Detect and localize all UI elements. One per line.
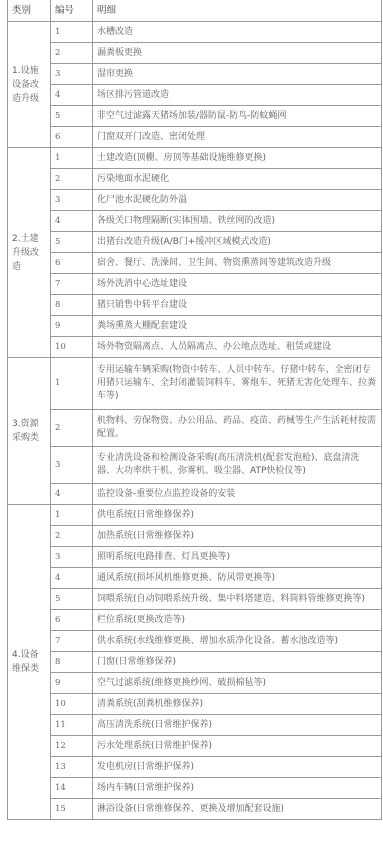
item-detail: 加热系统(日常维修保养) [93, 526, 382, 547]
item-detail: 照明系统(电路排查、灯具更换等) [93, 547, 382, 568]
item-detail: 高压清洗系统(日常维护保养) [93, 715, 382, 736]
item-detail: 专用运输车辆采购(物资中转车、人员中转车、仔猪中转车、全密闭专用猪只运输车、全封… [93, 358, 382, 410]
item-number: 3 [51, 64, 93, 85]
item-detail: 专业清洗设备和检测设备采购(高压清洗机(配套发泡枪)、底盘清洗器、大功率烘干机、… [93, 447, 382, 484]
item-number: 2 [51, 410, 93, 447]
item-number: 5 [51, 106, 93, 127]
item-detail: 各级关口物理隔断(实体围墙、铁丝网的改造) [93, 211, 382, 232]
item-number: 4 [51, 484, 93, 505]
table-row: 5 饲喂系统(自动饲喂系统升级、集中料塔建造、料筒料管维修更换等) [8, 589, 382, 610]
item-number: 8 [51, 652, 93, 673]
item-number: 3 [51, 447, 93, 484]
item-detail: 猪只销售中转平台建设 [93, 295, 382, 316]
item-detail: 供水系统(水线维修更换、增加水质净化设备、蓄水池改造等) [93, 631, 382, 652]
table-row: 3 照明系统(电路排查、灯具更换等) [8, 547, 382, 568]
table-row: 9 粪场熏蒸大棚配套建设 [8, 316, 382, 337]
item-detail: 门窗(日常维修保养) [93, 652, 382, 673]
table-row: 4 场区排污管道改造 [8, 85, 382, 106]
item-detail: 非空气过滤露天猪场加装/器防鼠-防鸟-防蚊蝇网 [93, 106, 382, 127]
item-number: 1 [51, 148, 93, 169]
table-row: 6 栏位系统(更换改造等) [8, 610, 382, 631]
table-row: 11 高压清洗系统(日常维护保养) [8, 715, 382, 736]
item-number: 4 [51, 211, 93, 232]
item-number: 14 [51, 778, 93, 799]
table-row: 7 供水系统(水线维修更换、增加水质净化设备、蓄水池改造等) [8, 631, 382, 652]
item-detail: 供电系统(日常维修保养) [93, 505, 382, 526]
item-number: 6 [51, 127, 93, 148]
item-number: 7 [51, 631, 93, 652]
category-cell: 3.资源采购类 [8, 358, 51, 505]
biosecurity-items-table: 类别 编号 明细 1.设施设备改造升级 1 水槽改造 2 漏粪板更换 3 湿帘更… [7, 0, 382, 820]
table-row: 8 猪只销售中转平台建设 [8, 295, 382, 316]
item-number: 2 [51, 526, 93, 547]
item-number: 3 [51, 190, 93, 211]
table-row: 6 宿舍、餐厅、洗澡间、卫生间、物资熏蒸间等建筑改造升级 [8, 253, 382, 274]
table-row: 3 专业清洗设备和检测设备采购(高压清洗机(配套发泡枪)、底盘清洗器、大功率烘干… [8, 447, 382, 484]
table-row: 7 场外洗消中心选址建设 [8, 274, 382, 295]
item-detail: 栏位系统(更换改造等) [93, 610, 382, 631]
item-number: 4 [51, 568, 93, 589]
header-detail: 明细 [93, 0, 382, 22]
item-detail: 湿帘更换 [93, 64, 382, 85]
item-number: 7 [51, 274, 93, 295]
item-detail: 污染地面水泥硬化 [93, 169, 382, 190]
item-detail: 发电机房(日常维护保养) [93, 757, 382, 778]
table-row: 15 淋浴设备(日常维修保养、更换及增加配套设施) [8, 799, 382, 820]
item-number: 3 [51, 547, 93, 568]
table-row: 2 机物料、劳保物资、办公用品、药品、疫苗、药械等生产生活耗材按需配置。 [8, 410, 382, 447]
table-row: 1.设施设备改造升级 1 水槽改造 [8, 22, 382, 43]
table-row: 6 门窗双开门改造、密闭处理 [8, 127, 382, 148]
item-number: 5 [51, 589, 93, 610]
item-number: 9 [51, 673, 93, 694]
table-row: 5 出猪台改造升级(A/B门+缓冲区域模式改造) [8, 232, 382, 253]
item-detail: 通风系统(损坏风机维修更换、防风带更换等) [93, 568, 382, 589]
category-cell: 2.土建升级改造 [8, 148, 51, 358]
item-detail: 空气过滤系统(维修更换纱网、破损棉毡等) [93, 673, 382, 694]
item-detail: 场内车辆(日常维护保养) [93, 778, 382, 799]
item-number: 15 [51, 799, 93, 820]
item-number: 11 [51, 715, 93, 736]
table-row: 2 污染地面水泥硬化 [8, 169, 382, 190]
item-detail: 水槽改造 [93, 22, 382, 43]
item-number: 9 [51, 316, 93, 337]
table-row: 4 监控设备-重要位点监控设备的安装 [8, 484, 382, 505]
table-row: 10 场外物资隔离点、人员隔离点、办公地点选址、租赁或建设 [8, 337, 382, 358]
table-row: 2 加热系统(日常维修保养) [8, 526, 382, 547]
table-row: 4 通风系统(损坏风机维修更换、防风带更换等) [8, 568, 382, 589]
item-number: 1 [51, 358, 93, 410]
item-number: 12 [51, 736, 93, 757]
item-number: 13 [51, 757, 93, 778]
header-number: 编号 [51, 0, 93, 22]
item-detail: 淋浴设备(日常维修保养、更换及增加配套设施) [93, 799, 382, 820]
table-row: 5 非空气过滤露天猪场加装/器防鼠-防鸟-防蚊蝇网 [8, 106, 382, 127]
table-row: 3 湿帘更换 [8, 64, 382, 85]
table-row: 3 化尸池水泥硬化防外溢 [8, 190, 382, 211]
item-detail: 场外洗消中心选址建设 [93, 274, 382, 295]
category-cell: 1.设施设备改造升级 [8, 22, 51, 148]
item-number: 6 [51, 610, 93, 631]
item-detail: 粪场熏蒸大棚配套建设 [93, 316, 382, 337]
table-row: 9 空气过滤系统(维修更换纱网、破损棉毡等) [8, 673, 382, 694]
item-detail: 出猪台改造升级(A/B门+缓冲区域模式改造) [93, 232, 382, 253]
item-detail: 门窗双开门改造、密闭处理 [93, 127, 382, 148]
item-detail: 饲喂系统(自动饲喂系统升级、集中料塔建造、料筒料管维修更换等) [93, 589, 382, 610]
header-row: 类别 编号 明细 [8, 0, 382, 22]
item-number: 1 [51, 505, 93, 526]
table-row: 4 各级关口物理隔断(实体围墙、铁丝网的改造) [8, 211, 382, 232]
item-detail: 清粪系统(刮粪机维修保养) [93, 694, 382, 715]
table-row: 10 清粪系统(刮粪机维修保养) [8, 694, 382, 715]
item-detail: 污水处理系统(日常维护保养) [93, 736, 382, 757]
table-row: 4.设备维保类 1 供电系统(日常维修保养) [8, 505, 382, 526]
item-number: 4 [51, 85, 93, 106]
table-row: 13 发电机房(日常维护保养) [8, 757, 382, 778]
item-number: 10 [51, 337, 93, 358]
header-category: 类别 [8, 0, 51, 22]
table-row: 2 漏粪板更换 [8, 43, 382, 64]
item-detail: 机物料、劳保物资、办公用品、药品、疫苗、药械等生产生活耗材按需配置。 [93, 410, 382, 447]
item-detail: 场区排污管道改造 [93, 85, 382, 106]
item-detail: 宿舍、餐厅、洗澡间、卫生间、物资熏蒸间等建筑改造升级 [93, 253, 382, 274]
item-number: 10 [51, 694, 93, 715]
item-detail: 土建改造(顶棚、房顶等基础设施维修更换) [93, 148, 382, 169]
table-row: 8 门窗(日常维修保养) [8, 652, 382, 673]
table-row: 3.资源采购类 1 专用运输车辆采购(物资中转车、人员中转车、仔猪中转车、全密闭… [8, 358, 382, 410]
item-number: 6 [51, 253, 93, 274]
table-row: 2.土建升级改造 1 土建改造(顶棚、房顶等基础设施维修更换) [8, 148, 382, 169]
item-number: 2 [51, 43, 93, 64]
table-row: 12 污水处理系统(日常维护保养) [8, 736, 382, 757]
item-detail: 场外物资隔离点、人员隔离点、办公地点选址、租赁或建设 [93, 337, 382, 358]
item-number: 5 [51, 232, 93, 253]
item-number: 1 [51, 22, 93, 43]
table-row: 14 场内车辆(日常维护保养) [8, 778, 382, 799]
item-number: 2 [51, 169, 93, 190]
category-cell: 4.设备维保类 [8, 505, 51, 820]
item-detail: 监控设备-重要位点监控设备的安装 [93, 484, 382, 505]
item-number: 8 [51, 295, 93, 316]
item-detail: 漏粪板更换 [93, 43, 382, 64]
item-detail: 化尸池水泥硬化防外溢 [93, 190, 382, 211]
